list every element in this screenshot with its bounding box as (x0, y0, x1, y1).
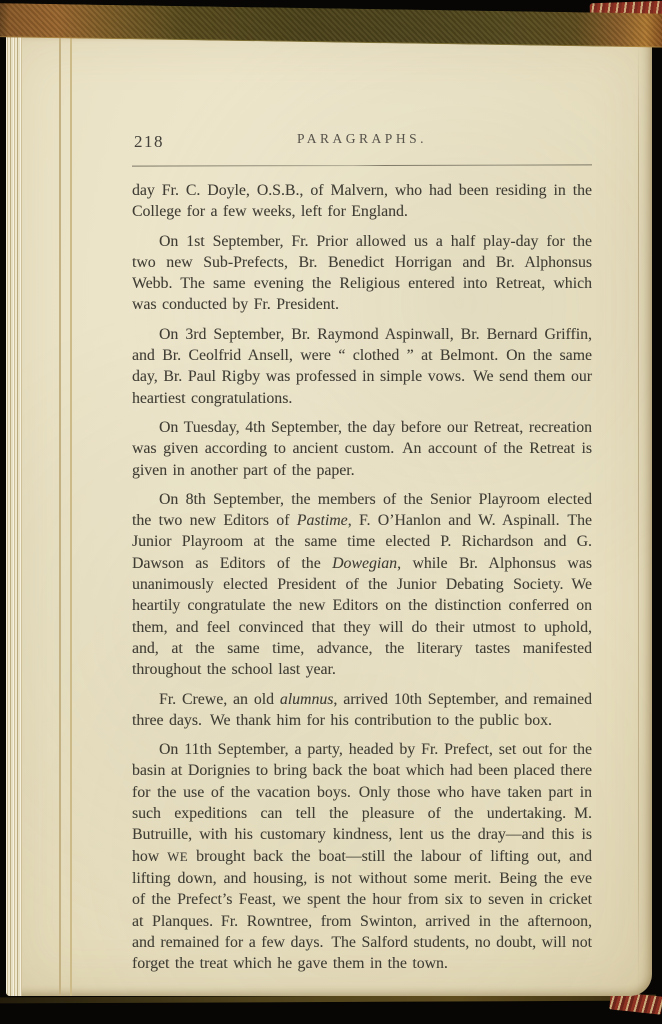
text-segment: Fr. Crewe, an old (159, 691, 280, 708)
paragraphs: day Fr. C. Doyle, O.S.B., of Malvern, wh… (132, 180, 592, 974)
header-rule (132, 164, 592, 166)
paragraph: Fr. Crewe, an old alumnus, arrived 10th … (132, 689, 592, 732)
text-segment: , while Br. Alphonsus was unanimously el… (132, 555, 592, 678)
page-number: 218 (134, 132, 164, 152)
book-page: 218 PARAGRAPHS. day Fr. C. Doyle, O.S.B.… (6, 34, 652, 996)
text-segment: alumnus (280, 691, 334, 708)
paragraph: On 3rd September, Br. Raymond Aspinwall,… (132, 324, 592, 409)
page-header: 218 PARAGRAPHS. (132, 130, 592, 156)
text-segment: WE (167, 850, 188, 864)
paragraph: On 11th September, a party, headed by Fr… (132, 739, 592, 974)
text-segment: day Fr. C. Doyle, O.S.B., of Malvern, wh… (132, 182, 592, 220)
paragraph: On 8th September, the members of the Sen… (132, 489, 592, 681)
book-scan: 218 PARAGRAPHS. day Fr. C. Doyle, O.S.B.… (0, 0, 662, 1024)
text-segment: brought back the boat—still the labour o… (132, 848, 592, 972)
text-segment: On 11th September, a party, headed by Fr… (132, 741, 592, 864)
printed-content: 218 PARAGRAPHS. day Fr. C. Doyle, O.S.B.… (6, 34, 652, 996)
text-segment: Dowegian (332, 555, 397, 572)
paragraph: day Fr. C. Doyle, O.S.B., of Malvern, wh… (132, 180, 592, 223)
paragraph: On 1st September, Fr. Prior allowed us a… (132, 231, 592, 316)
running-head: PARAGRAPHS. (297, 131, 427, 146)
text-segment: On 3rd September, Br. Raymond Aspinwall,… (132, 326, 592, 407)
text-segment: On 1st September, Fr. Prior allowed us a… (132, 233, 592, 314)
paragraph: On Tuesday, 4th September, the day befor… (132, 417, 592, 481)
text-segment: Pastime (297, 512, 348, 529)
text-segment: On Tuesday, 4th September, the day befor… (132, 419, 592, 479)
